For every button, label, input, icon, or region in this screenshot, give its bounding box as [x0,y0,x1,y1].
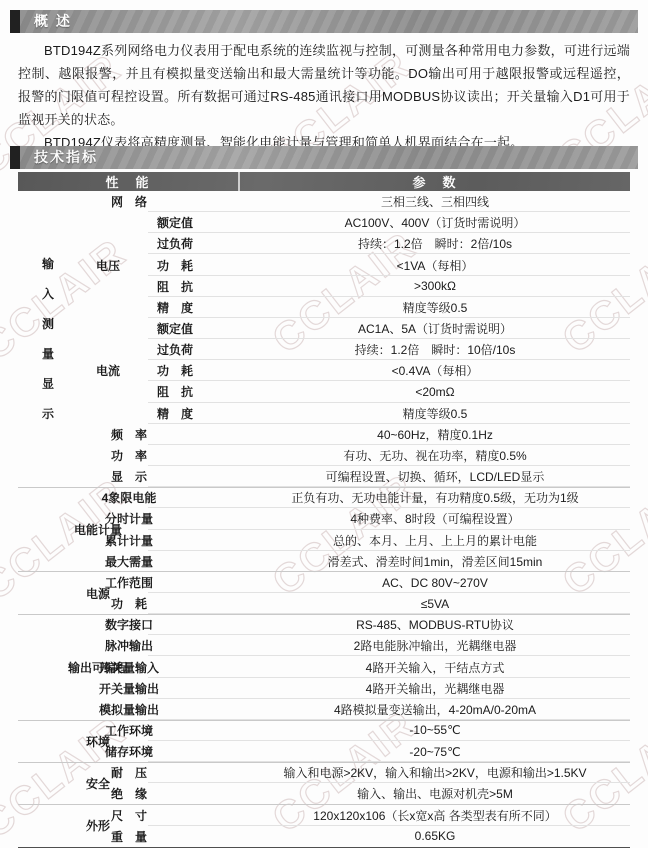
value-cell: 可编程设置、切换、循环，LCD/LED显示 [240,468,630,485]
value-cell: 三相三线、三相四线 [240,193,630,210]
value-cell: 4路模拟量变送输出，4-20mA/0-20mA [240,701,630,718]
value-cell: 有功、无功、视在功率，精度0.5% [240,447,630,464]
value-cell: AC、DC 80V~270V [240,574,630,591]
group-label: 安全 [18,762,178,804]
group-label: 电源 [18,572,178,614]
spec-row: 网 络三相三线、三相四线 [18,191,630,212]
group-label: 电能计量 [18,487,178,572]
value-cell: ≤5VA [240,597,630,611]
value-cell: 4种费率、8时段（可编程设置） [240,510,630,527]
value-cell: -20~75℃ [240,745,630,759]
value-cell: 精度等级0.5 [240,299,630,316]
value-cell: AC100V、400V（订货时需说明） [240,214,630,231]
section-accent-bar [10,146,20,169]
value-cell: 精度等级0.5 [240,405,630,422]
overview-title: 概 述 [20,10,638,33]
spec-row: 频 率40~60Hz，精度0.1Hz [18,424,630,445]
value-cell: -10~55℃ [240,723,630,737]
value-cell: 输入和电源>2KV，输入和输出>2KV，电源和输出>1.5KV [240,764,630,781]
value-cell: 4路开关输出，光耦继电器 [240,680,630,697]
value-cell: 持续：1.2倍 瞬时：2倍/10s [240,235,630,252]
group-label: 外形 [18,805,178,847]
overview-paragraph-1: BTD194Z系列网络电力仪表用于配电系统的连续监视与控制，可测量各种常用电力参… [18,39,630,131]
value-cell: 总的、本月、上月、上上月的累计电能 [240,532,630,549]
value-cell: 滑差式、滑差时间1min，滑差区间15min [240,553,630,570]
spec-row: 显 示可编程设置、切换、循环，LCD/LED显示 [18,466,630,487]
section-accent-bar [10,10,20,33]
spec-table-body: 网 络三相三线、三相四线额定值AC100V、400V（订货时需说明）过负荷持续：… [18,191,630,848]
value-cell: >300kΩ [240,279,630,293]
value-cell: <20mΩ [240,385,630,399]
overview-paragraphs: BTD194Z系列网络电力仪表用于配电系统的连续监视与控制，可测量各种常用电力参… [18,39,630,154]
value-cell: 输入、输出、电源对机壳>5M [240,785,630,802]
specs-title: 技术指标 [20,146,638,169]
group-label: 输入测量显示 [18,191,78,487]
spec-table: 性 能 参 数 网 络三相三线、三相四线额定值AC100V、400V（订货时需说… [18,172,630,848]
value-cell: 持续：1.2倍 瞬时：10倍/10s [240,341,630,358]
specs-section-header: 技术指标 [10,146,638,169]
group-label: 输出可编程 [18,614,178,720]
col-header-performance: 性 能 [18,172,240,191]
subgroup-label: 电压 [78,212,138,318]
value-cell: RS-485、MODBUS-RTU协议 [240,616,630,633]
value-cell: 4路开关输入，干结点方式 [240,659,630,676]
subgroup-label: 电流 [78,318,138,424]
value-cell: 2路电能脉冲输出，光耦继电器 [240,637,630,654]
value-cell: 40~60Hz，精度0.1Hz [240,426,630,443]
col-header-parameter: 参 数 [240,172,630,191]
value-cell: AC1A、5A（订货时需说明） [240,320,630,337]
spec-table-header: 性 能 参 数 [18,172,630,191]
value-cell: 正负有功、无功电能计量，有功精度0.5级，无功为1级 [240,489,630,506]
value-cell: 120x120x106（长x宽x高 各类型表有所不同） [240,807,630,824]
spec-row: 功 率有功、无功、视在功率，精度0.5% [18,445,630,466]
group-label: 环境 [18,720,178,762]
value-cell: <1VA（每相） [240,257,630,274]
overview-section-header: 概 述 [10,10,638,33]
value-cell: 0.65KG [240,829,630,843]
datasheet-page: CCLAIRCCLAIRCCLAIRCCLAIRCCLAIRCCLAIRCCLA… [0,0,648,848]
value-cell: <0.4VA（每相） [240,362,630,379]
